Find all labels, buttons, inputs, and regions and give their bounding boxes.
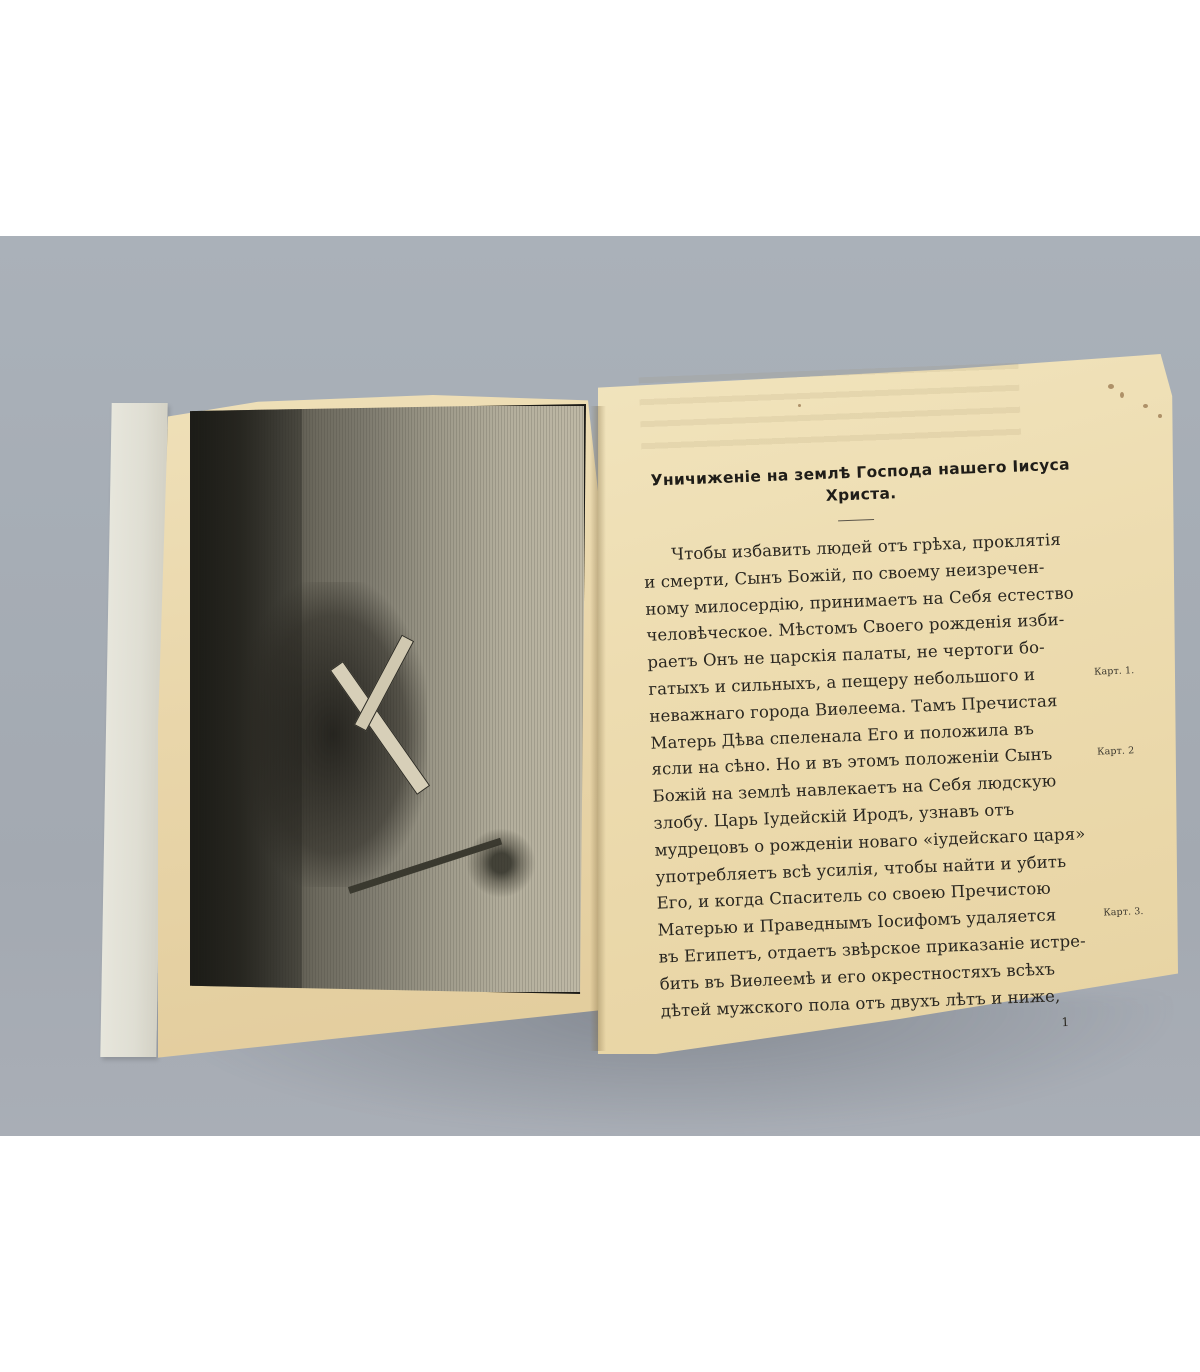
page-number: 1: [1061, 1007, 1142, 1036]
heading-rule: [838, 519, 874, 521]
margin-note: Карт. 1.: [1094, 658, 1135, 686]
page-text-block: Уничиженіе на землѣ Господа нашего Іисус…: [640, 452, 1142, 1051]
margin-note: Карт. 2: [1097, 739, 1135, 767]
engraving-illustration: [190, 404, 586, 994]
foxing-stain: [1108, 384, 1114, 389]
crowd-figures: [239, 582, 427, 887]
book-cover-edge: [100, 403, 167, 1057]
book-gutter: [590, 406, 606, 1051]
foxing-stain: [1143, 404, 1148, 408]
margin-note: Карт. 3.: [1103, 899, 1144, 927]
bleed-through-text: [639, 363, 1022, 458]
palm-crown-icon: [466, 828, 536, 898]
foxing-stain: [1120, 392, 1124, 398]
body-text: Чтобы избавить людей отъ грѣха, прокляті…: [643, 525, 1141, 1025]
foxing-stain: [1158, 414, 1162, 418]
